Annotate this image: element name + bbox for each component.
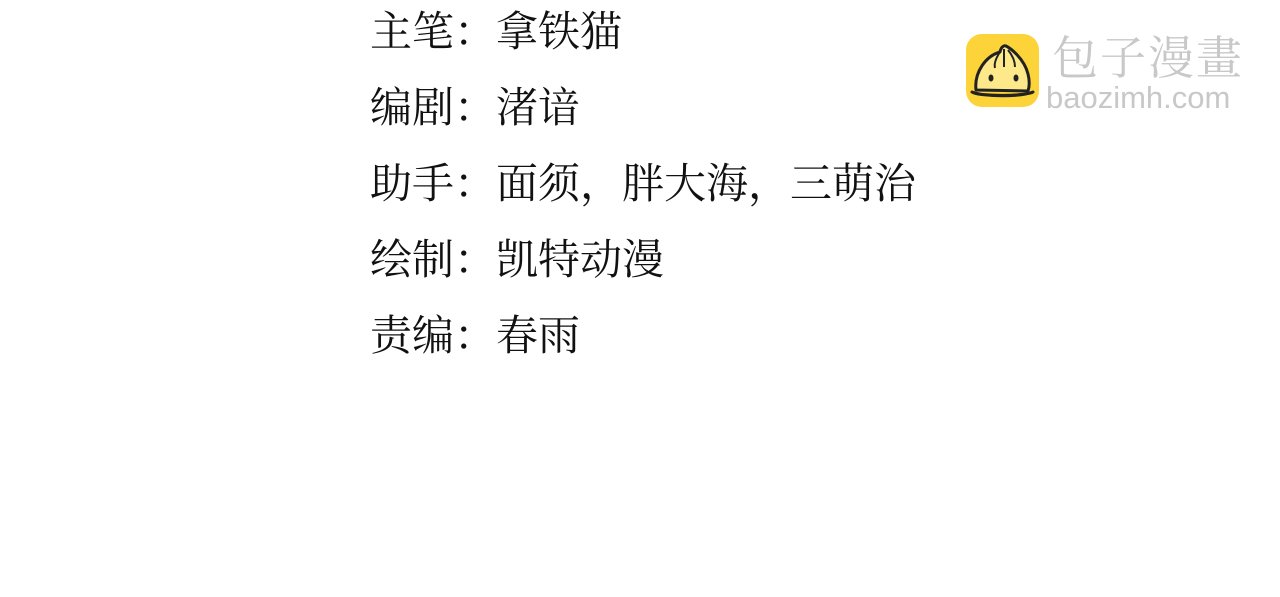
credit-value: 凯特动漫 (496, 222, 664, 298)
credit-role: 绘制 (370, 222, 454, 298)
watermark-url: baozimh.com (1046, 80, 1230, 116)
credit-line-lead-artist: 主笔：拿铁猫 (370, 0, 916, 70)
credit-role: 编剧 (370, 70, 454, 146)
credit-separator: ： (454, 222, 496, 298)
site-watermark: 包子漫畫 baozimh.com (966, 34, 1256, 114)
credit-separator: ： (454, 298, 496, 374)
credit-separator: ： (454, 146, 496, 222)
credit-line-writer: 编剧：渚谙 (370, 70, 916, 146)
credit-value: 面须，胖大海，三萌治 (496, 146, 916, 222)
credit-value: 渚谙 (496, 70, 580, 146)
credit-value: 拿铁猫 (496, 0, 622, 70)
credit-separator: ： (454, 0, 496, 70)
bun-mascot-icon (966, 34, 1039, 107)
credit-separator: ： (454, 70, 496, 146)
credit-line-assistants: 助手：面须，胖大海，三萌治 (370, 146, 916, 222)
credit-line-editor: 责编：春雨 (370, 298, 916, 374)
credit-role: 助手 (370, 146, 454, 222)
credit-role: 责编 (370, 298, 454, 374)
credit-role: 主笔 (370, 0, 454, 70)
credit-value: 春雨 (496, 298, 580, 374)
watermark-title: 包子漫畫 (1052, 30, 1244, 86)
credit-line-studio: 绘制：凯特动漫 (370, 222, 916, 298)
credits-list: 主笔：拿铁猫 编剧：渚谙 助手：面须，胖大海，三萌治 绘制：凯特动漫 责编：春雨 (370, 0, 916, 374)
